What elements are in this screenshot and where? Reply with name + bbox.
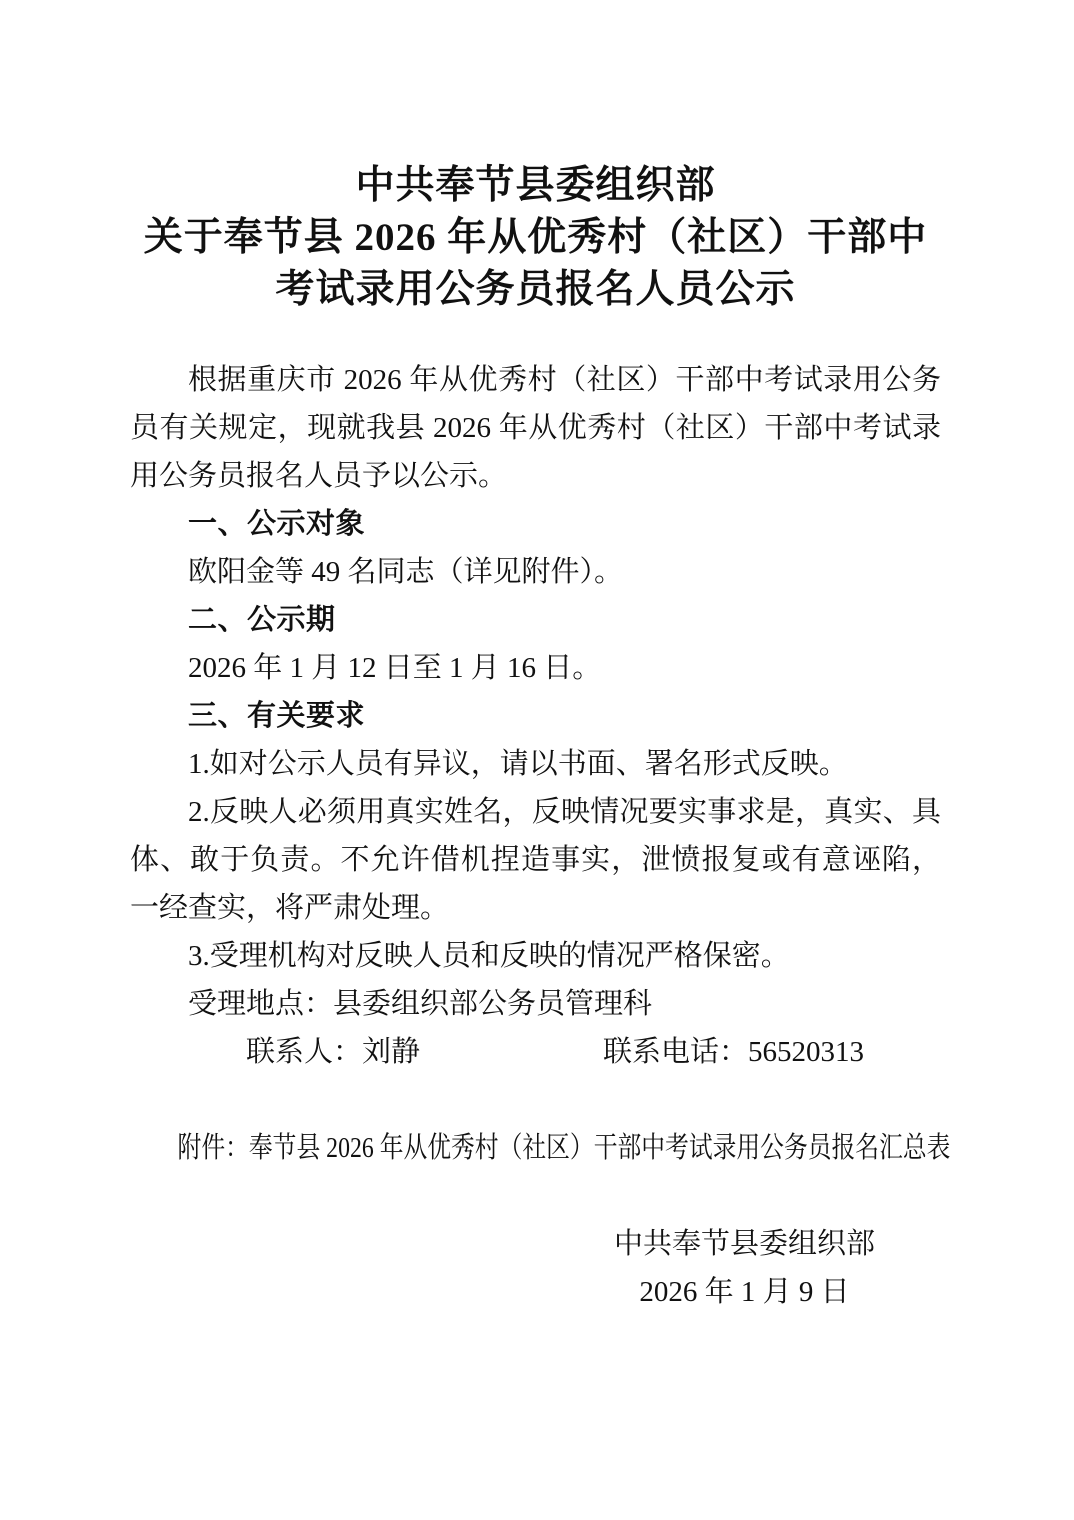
document-title: 中共奉节县委组织部 关于奉节县 2026 年从优秀村（社区）干部中 考试录用公务… [130,160,941,316]
attachment-line: 附件：奉节县 2026 年从优秀村（社区）干部中考试录用公务员报名汇总表 [130,1124,795,1172]
signoff-block: 中共奉节县委组织部 2026 年 1 月 9 日 [614,1220,875,1316]
contact-person: 联系人：刘静 [188,1028,420,1076]
notice-page: 中共奉节县委组织部 关于奉节县 2026 年从优秀村（社区）干部中 考试录用公务… [0,0,1074,1520]
title-line-3: 考试录用公务员报名人员公示 [130,264,941,316]
title-line-2: 关于奉节县 2026 年从优秀村（社区）干部中 [130,212,941,264]
title-line-1: 中共奉节县委组织部 [130,160,941,212]
signature-date: 2026 年 1 月 9 日 [614,1268,875,1316]
section-3-paragraph-3: 3.受理机构对反映人员和反映的情况严格保密。 [130,932,941,980]
section-1-paragraph: 欧阳金等 49 名同志（详见附件）。 [130,548,941,596]
intro-paragraph: 根据重庆市 2026 年从优秀村（社区）干部中考试录用公务员有关规定，现就我县 … [130,356,941,500]
contact-phone: 联系电话：56520313 [603,1028,864,1076]
document-body: 根据重庆市 2026 年从优秀村（社区）干部中考试录用公务员有关规定，现就我县 … [130,356,941,1316]
signature-org: 中共奉节县委组织部 [614,1220,875,1268]
contact-line: 联系人：刘静 联系电话：56520313 [130,1028,941,1076]
section-3-heading: 三、有关要求 [130,692,941,740]
section-3-paragraph-2: 2.反映人必须用真实姓名，反映情况要实事求是，真实、具体、敢于负责。不允许借机捏… [130,788,941,932]
section-2-heading: 二、公示期 [130,596,941,644]
section-1-heading: 一、公示对象 [130,500,941,548]
section-3-paragraph-4: 受理地点：县委组织部公务员管理科 [130,980,941,1028]
section-3-paragraph-1: 1.如对公示人员有异议，请以书面、署名形式反映。 [130,740,941,788]
section-2-paragraph: 2026 年 1 月 12 日至 1 月 16 日。 [130,644,941,692]
